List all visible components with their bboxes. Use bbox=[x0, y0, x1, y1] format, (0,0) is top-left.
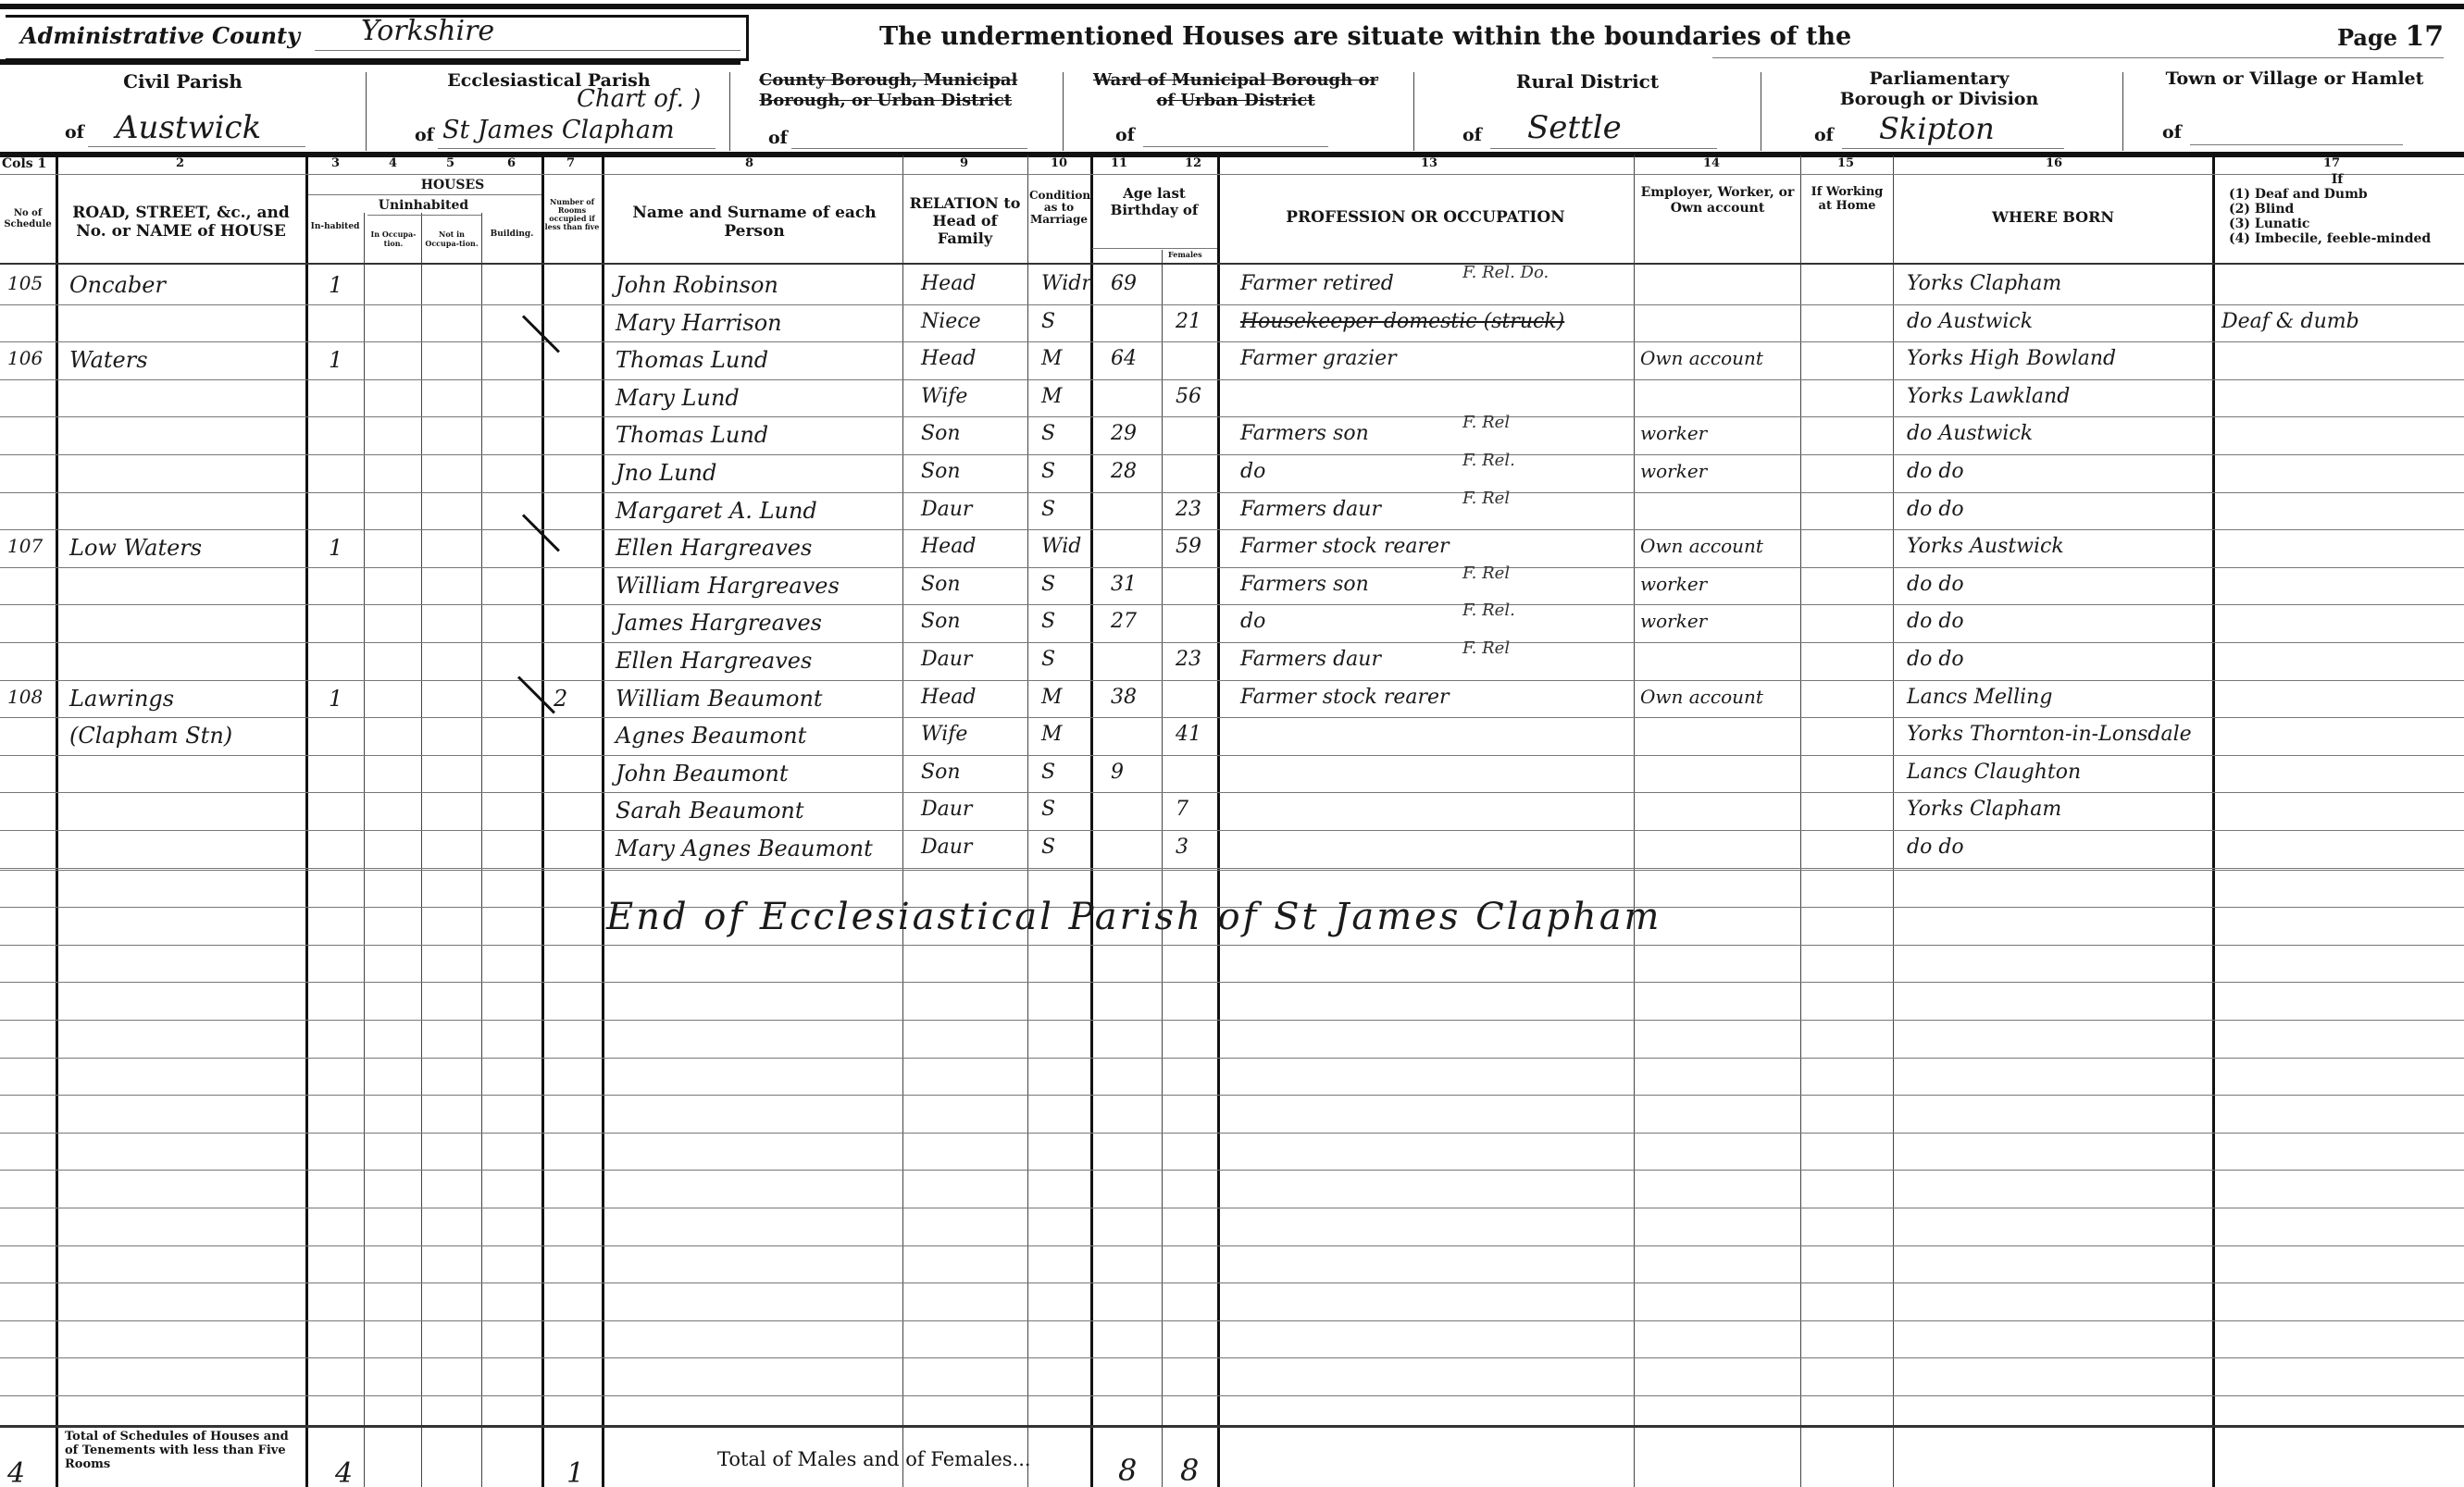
table-row: Ellen HargreavesDaurS23Farmers daurdo do… bbox=[0, 644, 2464, 682]
table-row: 105Oncaber1John RobinsonHeadWidr69Farmer… bbox=[0, 268, 2464, 306]
row-age-female: 3 bbox=[1176, 836, 1188, 859]
page-label: Page bbox=[2337, 24, 2397, 51]
row-occupation: do bbox=[1240, 460, 1265, 483]
header-infirmity-1: (1) Deaf and Dumb bbox=[2229, 187, 2368, 202]
header-houses: HOUSES bbox=[364, 178, 541, 192]
table-row: John BeaumontSonS9Lancs Claughton bbox=[0, 757, 2464, 795]
boundary-prefix: of bbox=[768, 128, 788, 148]
row-house: (Clapham Stn) bbox=[69, 723, 232, 749]
row-house: Lawrings bbox=[69, 686, 174, 712]
boundary-rural-district: Rural District of Settle bbox=[1416, 65, 1759, 153]
row-condition: S bbox=[1041, 648, 1055, 671]
row-where-born: do do bbox=[1907, 648, 1964, 671]
admin-county-value: Yorkshire bbox=[361, 15, 494, 47]
row-employer: Own account bbox=[1640, 686, 1763, 708]
row-name: Agnes Beaumont bbox=[616, 723, 806, 749]
row-relation: Son bbox=[921, 573, 961, 596]
total-females: 8 bbox=[1180, 1453, 1199, 1487]
row-condition: Widr bbox=[1041, 272, 1091, 295]
header-name: Name and Surname of each Person bbox=[611, 204, 898, 241]
row-where-born: Yorks Clapham bbox=[1907, 272, 2061, 295]
row-occupation: Farmer stock rearer bbox=[1240, 535, 1450, 558]
ruled-line bbox=[0, 1058, 2464, 1059]
row-condition: Wid bbox=[1041, 535, 1081, 558]
table-row: Jno LundSonS28doworkerdo doF. Rel. bbox=[0, 456, 2464, 494]
col-num-12: 12 bbox=[1185, 157, 1201, 170]
row-name: Thomas Lund bbox=[616, 347, 768, 373]
boundary-ecclesiastical-parish: Ecclesiastical Parish Chart of. ) of St … bbox=[368, 65, 729, 153]
row-name: Mary Harrison bbox=[616, 310, 782, 336]
row-name: William Hargreaves bbox=[616, 573, 840, 599]
row-occupation-note: F. Rel bbox=[1462, 413, 1510, 432]
total-schedules-count: 4 bbox=[7, 1457, 25, 1487]
row-occupation: Farmers daur bbox=[1240, 498, 1381, 521]
boundary-prefix: of bbox=[1814, 125, 1834, 145]
row-where-born: Yorks Austwick bbox=[1907, 535, 2064, 558]
col-num-14: 14 bbox=[1703, 157, 1720, 170]
table-row: Mary HarrisonNieceS21Housekeeper domesti… bbox=[0, 306, 2464, 344]
col-num-15: 15 bbox=[1837, 157, 1854, 170]
col-num-7: 7 bbox=[566, 157, 575, 170]
row-age-male: 31 bbox=[1111, 573, 1137, 596]
ruled-line bbox=[0, 945, 2464, 946]
col-num-2: 2 bbox=[176, 157, 184, 170]
row-condition: S bbox=[1041, 798, 1055, 821]
row-relation: Daur bbox=[921, 498, 972, 521]
table-row: 108Lawrings12William BeaumontHeadM38Farm… bbox=[0, 682, 2464, 720]
row-condition: S bbox=[1041, 761, 1055, 784]
row-occupation-note: F. Rel bbox=[1462, 638, 1510, 658]
row-house: Waters bbox=[69, 347, 148, 373]
boundary-label: County Borough, Municipal Borough, or Ur… bbox=[759, 70, 1037, 111]
ecclesiastical-parish-value: St James Clapham bbox=[442, 116, 675, 144]
row-age-male: 27 bbox=[1111, 610, 1137, 633]
ecclesiastical-annotation: Chart of. ) bbox=[577, 85, 701, 113]
ruled-line bbox=[0, 1357, 2464, 1358]
row-relation: Daur bbox=[921, 648, 972, 671]
row-name: Jno Lund bbox=[616, 460, 716, 486]
row-relation: Son bbox=[921, 761, 961, 784]
header-road: ROAD, STREET, &c., and No. or NAME of HO… bbox=[63, 204, 299, 241]
row-name: John Robinson bbox=[616, 272, 778, 298]
header-not-in-occupation: Not in Occupa-tion. bbox=[423, 229, 480, 248]
row-occupation: Farmers son bbox=[1240, 573, 1369, 596]
boundary-county-borough: County Borough, Municipal Borough, or Ur… bbox=[731, 65, 1060, 153]
total-rooms: 1 bbox=[566, 1457, 584, 1487]
col-num-4: 4 bbox=[389, 157, 397, 170]
row-occupation: Farmer grazier bbox=[1240, 347, 1397, 370]
header-females: Females bbox=[1168, 250, 1202, 259]
row-house: Low Waters bbox=[69, 535, 202, 561]
table-row: Sarah BeaumontDaurS7Yorks Clapham bbox=[0, 794, 2464, 832]
row-occupation: Farmer stock rearer bbox=[1240, 686, 1450, 709]
row-occupation: Housekeeper domestic (struck) bbox=[1240, 310, 1564, 333]
row-occupation-note: F. Rel. Do. bbox=[1462, 263, 1549, 282]
ruled-line bbox=[0, 982, 2464, 983]
row-relation: Son bbox=[921, 422, 961, 445]
table-row: Mary LundWifeM56Yorks Lawkland bbox=[0, 381, 2464, 419]
row-inhabited: 1 bbox=[329, 686, 342, 712]
row-where-born: do do bbox=[1907, 573, 1964, 596]
row-age-male: 38 bbox=[1111, 686, 1137, 709]
row-condition: S bbox=[1041, 610, 1055, 633]
row-age-female: 21 bbox=[1176, 310, 1201, 333]
row-condition: S bbox=[1041, 310, 1055, 333]
header-infirmity-4: (4) Imbecile, feeble-minded bbox=[2229, 231, 2451, 246]
admin-county-label: Administrative County bbox=[20, 22, 300, 49]
ruled-line bbox=[0, 1283, 2464, 1283]
row-name: Margaret A. Lund bbox=[616, 498, 817, 524]
row-relation: Head bbox=[921, 347, 976, 370]
ruled-line bbox=[0, 1170, 2464, 1171]
row-age-female: 23 bbox=[1176, 648, 1201, 671]
header-where-born: WHERE BORN bbox=[1896, 208, 2210, 226]
rural-district-value: Settle bbox=[1527, 109, 1622, 146]
row-name: John Beaumont bbox=[616, 761, 789, 787]
col-num-6: 6 bbox=[507, 157, 516, 170]
row-condition: S bbox=[1041, 460, 1055, 483]
ruled-line bbox=[0, 1245, 2464, 1246]
row-occupation-note: F. Rel. bbox=[1462, 451, 1515, 470]
row-name: Mary Agnes Beaumont bbox=[616, 836, 873, 861]
row-occupation: Farmers son bbox=[1240, 422, 1369, 445]
table-row: James HargreavesSonS27doworkerdo doF. Re… bbox=[0, 606, 2464, 644]
boundary-prefix: of bbox=[1462, 125, 1482, 145]
row-age-male: 69 bbox=[1111, 272, 1137, 295]
row-inhabited: 1 bbox=[329, 347, 342, 373]
row-relation: Niece bbox=[921, 310, 981, 333]
end-of-parish-note: End of Ecclesiastical Parish of St James… bbox=[606, 896, 1661, 938]
row-employer: worker bbox=[1640, 460, 1707, 482]
ruled-line bbox=[0, 1095, 2464, 1096]
row-condition: S bbox=[1041, 422, 1055, 445]
row-relation: Head bbox=[921, 686, 976, 709]
table-row: Margaret A. LundDaurS23Farmers daurdo do… bbox=[0, 494, 2464, 532]
boundary-prefix: of bbox=[65, 122, 84, 143]
row-age-male: 64 bbox=[1111, 347, 1137, 370]
col-num-10: 10 bbox=[1051, 157, 1067, 170]
ruled-line bbox=[0, 1020, 2464, 1021]
col-num-8: 8 bbox=[745, 157, 753, 170]
page-number-label: Page 17 bbox=[2337, 20, 2444, 53]
civil-parish-value: Austwick bbox=[116, 109, 261, 146]
header-infirmity-if: If bbox=[2217, 172, 2458, 187]
ruled-line bbox=[0, 870, 2464, 871]
row-age-female: 56 bbox=[1176, 385, 1201, 408]
col-num-1: Cols 1 bbox=[2, 157, 46, 170]
header-occupation: PROFESSION OR OCCUPATION bbox=[1222, 208, 1629, 227]
row-where-born: do do bbox=[1907, 836, 1964, 859]
header-working-home: If Working at Home bbox=[1803, 185, 1891, 213]
row-name: Thomas Lund bbox=[616, 422, 768, 448]
col-num-5: 5 bbox=[446, 157, 454, 170]
table-row: 107Low Waters1Ellen HargreavesHeadWid59F… bbox=[0, 531, 2464, 569]
col-num-3: 3 bbox=[331, 157, 340, 170]
row-occupation-note: F. Rel. bbox=[1462, 601, 1515, 620]
intro-text: The undermentioned Houses are situate wi… bbox=[879, 22, 1851, 51]
col-num-17: 17 bbox=[2323, 157, 2340, 170]
header-condition: Condition as to Marriage bbox=[1029, 190, 1089, 226]
table-row: (Clapham Stn)Agnes BeaumontWifeM41Yorks … bbox=[0, 719, 2464, 757]
col-num-11: 11 bbox=[1111, 157, 1127, 170]
row-where-born: do Austwick bbox=[1907, 422, 2033, 445]
row-name: Sarah Beaumont bbox=[616, 798, 804, 824]
boundary-civil-parish: Civil Parish of Austwick bbox=[0, 65, 366, 153]
boundary-town-village: Town or Village or Hamlet of bbox=[2125, 65, 2464, 153]
col-num-16: 16 bbox=[2046, 157, 2062, 170]
row-age-female: 23 bbox=[1176, 498, 1201, 521]
row-where-born: Yorks Lawkland bbox=[1907, 385, 2070, 408]
row-name: Ellen Hargreaves bbox=[616, 535, 812, 561]
header-age: Age last Birthday of bbox=[1094, 185, 1214, 218]
row-condition: S bbox=[1041, 836, 1055, 859]
row-condition: M bbox=[1041, 347, 1063, 370]
row-condition: S bbox=[1041, 498, 1055, 521]
ruled-line bbox=[0, 1208, 2464, 1208]
row-relation: Daur bbox=[921, 798, 972, 821]
row-infirmity: Deaf & dumb bbox=[2221, 310, 2359, 333]
boundary-label: Town or Village or Hamlet bbox=[2125, 68, 2464, 89]
row-name: Mary Lund bbox=[616, 385, 740, 411]
row-age-male: 28 bbox=[1111, 460, 1137, 483]
row-occupation: Farmers daur bbox=[1240, 648, 1381, 671]
row-where-born: do Austwick bbox=[1907, 310, 2033, 333]
table-row: William HargreavesSonS31Farmers sonworke… bbox=[0, 569, 2464, 607]
row-relation: Son bbox=[921, 610, 961, 633]
boundary-ward: Ward of Municipal Borough or of Urban Di… bbox=[1064, 65, 1412, 153]
header-schedule: No of Schedule bbox=[2, 208, 54, 230]
row-relation: Head bbox=[921, 272, 976, 295]
row-occupation: Farmer retired bbox=[1240, 272, 1394, 295]
total-schedules-label: Total of Schedules of Houses and of Tene… bbox=[65, 1430, 296, 1471]
row-inhabited: 1 bbox=[329, 272, 342, 298]
header-infirmity-3: (3) Lunatic bbox=[2229, 217, 2309, 231]
row-rooms: 2 bbox=[554, 686, 567, 712]
row-employer: Own account bbox=[1640, 535, 1763, 557]
total-inhabited: 4 bbox=[335, 1457, 353, 1487]
row-name: James Hargreaves bbox=[616, 610, 822, 636]
row-where-born: do do bbox=[1907, 610, 1964, 633]
boundary-label: Ward of Municipal Borough or of Urban Di… bbox=[1083, 70, 1388, 111]
row-employer: worker bbox=[1640, 573, 1707, 595]
header-relation: RELATION to Head of Family bbox=[907, 194, 1023, 247]
boundary-label: Civil Parish bbox=[0, 70, 366, 93]
row-occupation-note: F. Rel bbox=[1462, 564, 1510, 583]
row-employer: Own account bbox=[1640, 347, 1763, 369]
boundary-label: Parliamentary Borough or Division bbox=[1828, 68, 2050, 109]
row-relation: Wife bbox=[921, 723, 967, 746]
row-occupation: do bbox=[1240, 610, 1265, 633]
row-age-male: 29 bbox=[1111, 422, 1137, 445]
row-where-born: do do bbox=[1907, 498, 1964, 521]
boundary-prefix: of bbox=[1115, 125, 1135, 145]
row-schedule: 105 bbox=[7, 272, 43, 294]
ruled-line bbox=[0, 1320, 2464, 1321]
row-employer: worker bbox=[1640, 422, 1707, 444]
row-where-born: Yorks Clapham bbox=[1907, 798, 2061, 821]
row-employer: worker bbox=[1640, 610, 1707, 632]
row-age-female: 7 bbox=[1176, 798, 1188, 821]
row-age-female: 41 bbox=[1176, 723, 1201, 746]
row-where-born: Lancs Claughton bbox=[1907, 761, 2081, 784]
col-num-9: 9 bbox=[960, 157, 968, 170]
row-name: Ellen Hargreaves bbox=[616, 648, 812, 674]
page-number: 17 bbox=[2405, 20, 2444, 53]
boundary-parliamentary: Parliamentary Borough or Division of Ski… bbox=[1763, 65, 2120, 153]
row-condition: S bbox=[1041, 573, 1055, 596]
row-occupation-note: F. Rel bbox=[1462, 489, 1510, 508]
header-uninhabited: Uninhabited bbox=[366, 198, 481, 213]
table-row: Mary Agnes BeaumontDaurS3do do bbox=[0, 832, 2464, 870]
header-building: Building. bbox=[483, 229, 541, 239]
boundary-prefix: of bbox=[2162, 122, 2182, 143]
row-relation: Son bbox=[921, 460, 961, 483]
header-employer: Employer, Worker, or Own account bbox=[1636, 185, 1798, 217]
row-age-female: 59 bbox=[1176, 535, 1201, 558]
row-where-born: Lancs Melling bbox=[1907, 686, 2052, 709]
row-where-born: Yorks Thornton-in-Lonsdale bbox=[1907, 723, 2192, 746]
row-age-male: 9 bbox=[1111, 761, 1124, 784]
ruled-line bbox=[0, 1133, 2464, 1134]
row-where-born: Yorks High Bowland bbox=[1907, 347, 2116, 370]
row-schedule: 106 bbox=[7, 347, 43, 369]
row-condition: M bbox=[1041, 385, 1063, 408]
table-row: Thomas LundSonS29Farmers sonworkerdo Aus… bbox=[0, 418, 2464, 456]
header-infirmity-2: (2) Blind bbox=[2229, 202, 2294, 217]
row-schedule: 108 bbox=[7, 686, 43, 708]
row-name: William Beaumont bbox=[616, 686, 823, 712]
row-inhabited: 1 bbox=[329, 535, 342, 561]
row-relation: Daur bbox=[921, 836, 972, 859]
parliamentary-value: Skipton bbox=[1879, 111, 1995, 146]
ruled-line bbox=[0, 1395, 2464, 1396]
row-relation: Head bbox=[921, 535, 976, 558]
row-where-born: do do bbox=[1907, 460, 1964, 483]
header-rooms: Number of Rooms occupied if less than fi… bbox=[544, 198, 600, 231]
total-males: 8 bbox=[1118, 1453, 1137, 1487]
row-house: Oncaber bbox=[69, 272, 166, 298]
header-inhabited: In-habited bbox=[308, 222, 362, 231]
total-persons-label: Total of Males and of Females... bbox=[717, 1448, 1031, 1470]
row-condition: M bbox=[1041, 686, 1063, 709]
row-schedule: 107 bbox=[7, 535, 43, 557]
table-row: 106Waters1Thomas LundHeadM64Farmer grazi… bbox=[0, 343, 2464, 381]
boundary-prefix: of bbox=[415, 125, 434, 145]
boundary-label: Rural District bbox=[1416, 70, 1759, 93]
col-num-13: 13 bbox=[1421, 157, 1437, 170]
row-relation: Wife bbox=[921, 385, 967, 408]
row-condition: M bbox=[1041, 723, 1063, 746]
header-in-occupation: In Occupa-tion. bbox=[367, 229, 420, 248]
